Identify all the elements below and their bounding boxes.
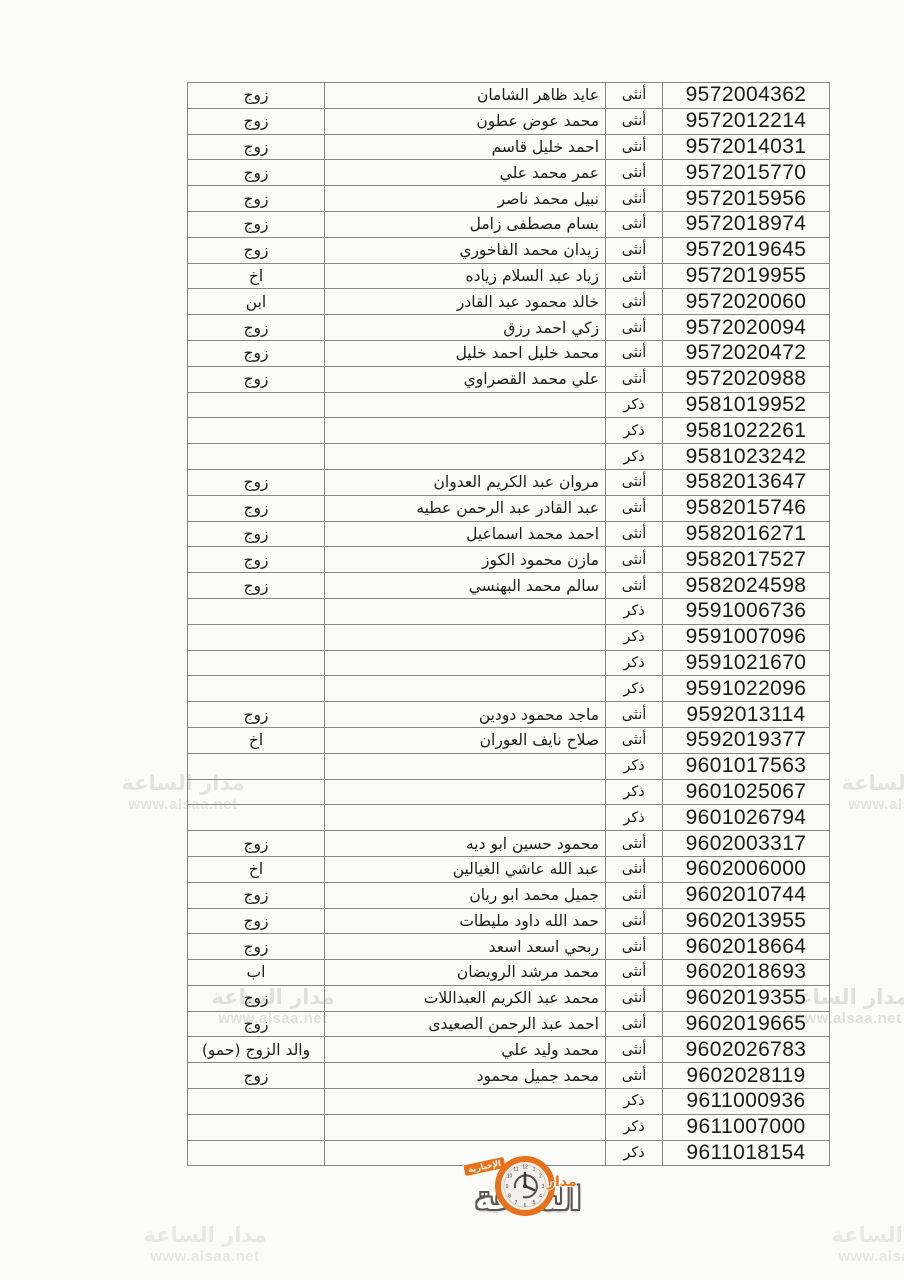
gender-cell: أنثى — [606, 573, 663, 599]
table-row: ذكر 9591006736 — [188, 598, 830, 624]
number-cell: 9572015956 — [663, 186, 830, 212]
gender-cell: أنثى — [606, 263, 663, 289]
table-row: زوج ربحي اسعد اسعد أنثى 9602018664 — [188, 934, 830, 960]
relationship-cell: زوج — [188, 237, 325, 263]
relationship-cell: زوج — [188, 83, 325, 109]
gender-cell: أنثى — [606, 1011, 663, 1037]
name-cell: نبيل محمد ناصر — [325, 186, 606, 212]
relationship-cell: اب — [188, 960, 325, 986]
gender-cell: أنثى — [606, 727, 663, 753]
name-cell: عبد الله عاشي الغيالين — [325, 856, 606, 882]
gender-cell: ذكر — [606, 805, 663, 831]
table-row: زوج سالم محمد البهنسي أنثى 9582024598 — [188, 573, 830, 599]
number-cell: 9602028119 — [663, 1063, 830, 1089]
name-cell: زكي احمد رزق — [325, 315, 606, 341]
gender-cell: أنثى — [606, 908, 663, 934]
name-cell — [325, 418, 606, 444]
relationship-cell — [188, 805, 325, 831]
name-cell: سالم محمد البهنسي — [325, 573, 606, 599]
name-cell — [325, 624, 606, 650]
svg-text:10: 10 — [507, 1174, 513, 1180]
table-row: زوج احمد محمد اسماعيل أنثى 9582016271 — [188, 521, 830, 547]
relationship-cell: زوج — [188, 315, 325, 341]
gender-cell: أنثى — [606, 186, 663, 212]
table-row: ذكر 9581023242 — [188, 444, 830, 470]
table-row: ذكر 9591022096 — [188, 676, 830, 702]
number-cell: 9572012214 — [663, 108, 830, 134]
table-row: زوج حمد الله داود مليطات أنثى 9602013955 — [188, 908, 830, 934]
relationship-cell: زوج — [188, 495, 325, 521]
name-cell: احمد خليل قاسم — [325, 134, 606, 160]
number-cell: 9602018664 — [663, 934, 830, 960]
gender-cell: ذكر — [606, 444, 663, 470]
number-cell: 9572020472 — [663, 340, 830, 366]
relationship-cell — [188, 1089, 325, 1115]
name-cell: محمد عوض عطون — [325, 108, 606, 134]
table-row: زوج محمود حسين ابو ديه أنثى 9602003317 — [188, 831, 830, 857]
watermark-site-name: مدار الساعة — [100, 1222, 310, 1248]
number-cell: 9581019952 — [663, 392, 830, 418]
watermark-site-name: مدار الساعة — [788, 1222, 904, 1248]
number-cell: 9582017527 — [663, 547, 830, 573]
table-row: اخ عبد الله عاشي الغيالين أنثى 960200600… — [188, 856, 830, 882]
table-row: زوج محمد خليل احمد خليل أنثى 9572020472 — [188, 340, 830, 366]
number-cell: 9572020988 — [663, 366, 830, 392]
table-row: ذكر 9591007096 — [188, 624, 830, 650]
relationship-cell: زوج — [188, 547, 325, 573]
name-cell: بسام مصطفى زامل — [325, 211, 606, 237]
table-row: زوج احمد عبد الرحمن الصعيدى أنثى 9602019… — [188, 1011, 830, 1037]
name-cell: محمد عبد الكريم العبداللات — [325, 985, 606, 1011]
name-cell: محمد مرشد الرويضان — [325, 960, 606, 986]
relationship-cell: زوج — [188, 108, 325, 134]
number-cell: 9592019377 — [663, 727, 830, 753]
name-cell: محمد جميل محمود — [325, 1063, 606, 1089]
gender-cell: ذكر — [606, 779, 663, 805]
watermark: مدار الساعة www.alsaa.net — [788, 1222, 904, 1267]
gender-cell: أنثى — [606, 340, 663, 366]
name-cell: صلاح نايف العوران — [325, 727, 606, 753]
relationship-cell: زوج — [188, 573, 325, 599]
svg-text:2: 2 — [539, 1174, 542, 1180]
gender-cell: أنثى — [606, 83, 663, 109]
gender-cell: أنثى — [606, 882, 663, 908]
table-row: زوج نبيل محمد ناصر أنثى 9572015956 — [188, 186, 830, 212]
gender-cell: أنثى — [606, 521, 663, 547]
gender-cell: ذكر — [606, 753, 663, 779]
records-table: زوج عايد ظاهر الشامان أنثى 9572004362 زو… — [187, 82, 830, 1166]
table-row: ذكر 9601025067 — [188, 779, 830, 805]
number-cell: 9582024598 — [663, 573, 830, 599]
relationship-cell: زوج — [188, 521, 325, 547]
number-cell: 9591022096 — [663, 676, 830, 702]
relationship-cell: زوج — [188, 469, 325, 495]
number-cell: 9602019665 — [663, 1011, 830, 1037]
gender-cell: أنثى — [606, 547, 663, 573]
relationship-cell — [188, 392, 325, 418]
svg-text:6: 6 — [524, 1203, 527, 1209]
number-cell: 9601026794 — [663, 805, 830, 831]
gender-cell: أنثى — [606, 366, 663, 392]
number-cell: 9572014031 — [663, 134, 830, 160]
table-row: ذكر 9611007000 — [188, 1114, 830, 1140]
relationship-cell: زوج — [188, 366, 325, 392]
gender-cell: أنثى — [606, 934, 663, 960]
table-row: زوج احمد خليل قاسم أنثى 9572014031 — [188, 134, 830, 160]
gender-cell: ذكر — [606, 598, 663, 624]
records-table-container: زوج عايد ظاهر الشامان أنثى 9572004362 زو… — [187, 82, 830, 1166]
gender-cell: أنثى — [606, 315, 663, 341]
gender-cell: ذكر — [606, 418, 663, 444]
table-row: زوج مازن محمود الكوز أنثى 9582017527 — [188, 547, 830, 573]
number-cell: 9591007096 — [663, 624, 830, 650]
table-row: زوج محمد عبد الكريم العبداللات أنثى 9602… — [188, 985, 830, 1011]
relationship-cell: اخ — [188, 856, 325, 882]
relationship-cell: زوج — [188, 1063, 325, 1089]
svg-text:8: 8 — [508, 1194, 511, 1200]
name-cell: محمد خليل احمد خليل — [325, 340, 606, 366]
name-cell — [325, 805, 606, 831]
gender-cell: ذكر — [606, 1114, 663, 1140]
name-cell — [325, 650, 606, 676]
watermark: مدار الساعة www.alsaa.net — [100, 1222, 310, 1267]
number-cell: 9572019955 — [663, 263, 830, 289]
number-cell: 9582016271 — [663, 521, 830, 547]
table-row: زوج جميل محمد ابو ريان أنثى 9602010744 — [188, 882, 830, 908]
name-cell: عايد ظاهر الشامان — [325, 83, 606, 109]
table-row: زوج مروان عبد الكريم العدوان أنثى 958201… — [188, 469, 830, 495]
gender-cell: أنثى — [606, 160, 663, 186]
gender-cell: أنثى — [606, 831, 663, 857]
gender-cell: أنثى — [606, 985, 663, 1011]
gender-cell: أنثى — [606, 211, 663, 237]
number-cell: 9572015770 — [663, 160, 830, 186]
name-cell: احمد عبد الرحمن الصعيدى — [325, 1011, 606, 1037]
table-row: اخ زياد عبد السلام زياده أنثى 9572019955 — [188, 263, 830, 289]
number-cell: 9572019645 — [663, 237, 830, 263]
number-cell: 9592013114 — [663, 702, 830, 728]
gender-cell: أنثى — [606, 108, 663, 134]
number-cell: 9602013955 — [663, 908, 830, 934]
number-cell: 9572020094 — [663, 315, 830, 341]
table-row: زوج محمد عوض عطون أنثى 9572012214 — [188, 108, 830, 134]
number-cell: 9581022261 — [663, 418, 830, 444]
relationship-cell — [188, 779, 325, 805]
number-cell: 9572004362 — [663, 83, 830, 109]
number-cell: 9611018154 — [663, 1140, 830, 1166]
name-cell: مروان عبد الكريم العدوان — [325, 469, 606, 495]
number-cell: 9602018693 — [663, 960, 830, 986]
name-cell: خالد محمود عبد القادر — [325, 289, 606, 315]
number-cell: 9581023242 — [663, 444, 830, 470]
gender-cell: ذكر — [606, 676, 663, 702]
relationship-cell: ابن — [188, 289, 325, 315]
number-cell: 9582015746 — [663, 495, 830, 521]
number-cell: 9601025067 — [663, 779, 830, 805]
table-row: زوج زيدان محمد الفاخوري أنثى 9572019645 — [188, 237, 830, 263]
relationship-cell: زوج — [188, 985, 325, 1011]
number-cell: 9591006736 — [663, 598, 830, 624]
table-row: ذكر 9611000936 — [188, 1089, 830, 1115]
gender-cell: ذكر — [606, 624, 663, 650]
table-row: اخ صلاح نايف العوران أنثى 9592019377 — [188, 727, 830, 753]
relationship-cell: زوج — [188, 882, 325, 908]
number-cell: 9611007000 — [663, 1114, 830, 1140]
name-cell: محمود حسين ابو ديه — [325, 831, 606, 857]
gender-cell: أنثى — [606, 134, 663, 160]
relationship-cell — [188, 598, 325, 624]
gender-cell: ذكر — [606, 392, 663, 418]
table-row: اب محمد مرشد الرويضان أنثى 9602018693 — [188, 960, 830, 986]
gender-cell: أنثى — [606, 495, 663, 521]
relationship-cell: زوج — [188, 1011, 325, 1037]
clock-icon: 1212 345 678 91011 — [495, 1156, 555, 1216]
site-logo: الإخبارية الساعة 1212 345 678 91011 مدار — [455, 1152, 625, 1237]
relationship-cell — [188, 624, 325, 650]
gender-cell: أنثى — [606, 960, 663, 986]
relationship-cell — [188, 753, 325, 779]
number-cell: 9572020060 — [663, 289, 830, 315]
records-table-body: زوج عايد ظاهر الشامان أنثى 9572004362 زو… — [188, 83, 830, 1166]
number-cell: 9602006000 — [663, 856, 830, 882]
table-row: زوج زكي احمد رزق أنثى 9572020094 — [188, 315, 830, 341]
name-cell — [325, 676, 606, 702]
number-cell: 9582013647 — [663, 469, 830, 495]
number-cell: 9602010744 — [663, 882, 830, 908]
table-row: ذكر 9601026794 — [188, 805, 830, 831]
name-cell: علي محمد القصراوي — [325, 366, 606, 392]
svg-text:12: 12 — [522, 1165, 528, 1171]
table-row: زوج علي محمد القصراوي أنثى 9572020988 — [188, 366, 830, 392]
relationship-cell — [188, 418, 325, 444]
table-row: زوج ماجد محمود دودين أنثى 9592013114 — [188, 702, 830, 728]
name-cell: زيدان محمد الفاخوري — [325, 237, 606, 263]
name-cell — [325, 444, 606, 470]
svg-text:5: 5 — [533, 1200, 536, 1206]
relationship-cell — [188, 1140, 325, 1166]
svg-text:9: 9 — [506, 1184, 509, 1190]
gender-cell: ذكر — [606, 1089, 663, 1115]
relationship-cell: اخ — [188, 263, 325, 289]
relationship-cell — [188, 650, 325, 676]
name-cell — [325, 598, 606, 624]
table-row: ذكر 9591021670 — [188, 650, 830, 676]
table-row: زوج عايد ظاهر الشامان أنثى 9572004362 — [188, 83, 830, 109]
svg-text:11: 11 — [513, 1167, 518, 1173]
svg-text:1: 1 — [533, 1167, 536, 1173]
gender-cell: ذكر — [606, 650, 663, 676]
table-row: ذكر 9601017563 — [188, 753, 830, 779]
table-row: والد الزوج (حمو) محمد وليد علي أنثى 9602… — [188, 1037, 830, 1063]
gender-cell: أنثى — [606, 1063, 663, 1089]
number-cell: 9602026783 — [663, 1037, 830, 1063]
name-cell — [325, 1114, 606, 1140]
table-row: ذكر 9581022261 — [188, 418, 830, 444]
relationship-cell — [188, 444, 325, 470]
svg-text:7: 7 — [515, 1200, 518, 1206]
gender-cell: أنثى — [606, 1037, 663, 1063]
relationship-cell: زوج — [188, 831, 325, 857]
number-cell: 9611000936 — [663, 1089, 830, 1115]
relationship-cell: زوج — [188, 211, 325, 237]
table-row: زوج عمر محمد علي أنثى 9572015770 — [188, 160, 830, 186]
name-cell: جميل محمد ابو ريان — [325, 882, 606, 908]
number-cell: 9602019355 — [663, 985, 830, 1011]
gender-cell: أنثى — [606, 856, 663, 882]
table-row: ذكر 9581019952 — [188, 392, 830, 418]
relationship-cell — [188, 1114, 325, 1140]
table-row: زوج بسام مصطفى زامل أنثى 9572018974 — [188, 211, 830, 237]
relationship-cell: اخ — [188, 727, 325, 753]
name-cell — [325, 779, 606, 805]
gender-cell: أنثى — [606, 289, 663, 315]
relationship-cell: زوج — [188, 186, 325, 212]
relationship-cell: زوج — [188, 702, 325, 728]
table-row: زوج محمد جميل محمود أنثى 9602028119 — [188, 1063, 830, 1089]
relationship-cell: زوج — [188, 134, 325, 160]
gender-cell: أنثى — [606, 237, 663, 263]
number-cell: 9572018974 — [663, 211, 830, 237]
watermark-site-url: www.alsaa.net — [100, 1248, 310, 1267]
name-cell — [325, 753, 606, 779]
name-cell: ماجد محمود دودين — [325, 702, 606, 728]
name-cell: زياد عبد السلام زياده — [325, 263, 606, 289]
svg-text:4: 4 — [539, 1194, 542, 1200]
name-cell: عمر محمد علي — [325, 160, 606, 186]
relationship-cell: زوج — [188, 908, 325, 934]
gender-cell: أنثى — [606, 702, 663, 728]
name-cell — [325, 392, 606, 418]
relationship-cell: زوج — [188, 340, 325, 366]
name-cell: حمد الله داود مليطات — [325, 908, 606, 934]
name-cell: مازن محمود الكوز — [325, 547, 606, 573]
name-cell: عبد القادر عبد الرحمن عطيه — [325, 495, 606, 521]
relationship-cell: والد الزوج (حمو) — [188, 1037, 325, 1063]
number-cell: 9591021670 — [663, 650, 830, 676]
number-cell: 9601017563 — [663, 753, 830, 779]
name-cell — [325, 1089, 606, 1115]
scanned-document-page: { "accent_color": "#e8721c", "watermark"… — [0, 0, 904, 1280]
name-cell: احمد محمد اسماعيل — [325, 521, 606, 547]
name-cell: محمد وليد علي — [325, 1037, 606, 1063]
watermark-site-url: www.alsaa.net — [788, 1248, 904, 1267]
relationship-cell: زوج — [188, 934, 325, 960]
logo-secondary-word: مدار — [547, 1174, 577, 1190]
table-row: زوج عبد القادر عبد الرحمن عطيه أنثى 9582… — [188, 495, 830, 521]
relationship-cell — [188, 676, 325, 702]
number-cell: 9602003317 — [663, 831, 830, 857]
name-cell: ربحي اسعد اسعد — [325, 934, 606, 960]
gender-cell: أنثى — [606, 469, 663, 495]
relationship-cell: زوج — [188, 160, 325, 186]
table-row: ابن خالد محمود عبد القادر أنثى 957202006… — [188, 289, 830, 315]
svg-text:3: 3 — [542, 1184, 545, 1190]
